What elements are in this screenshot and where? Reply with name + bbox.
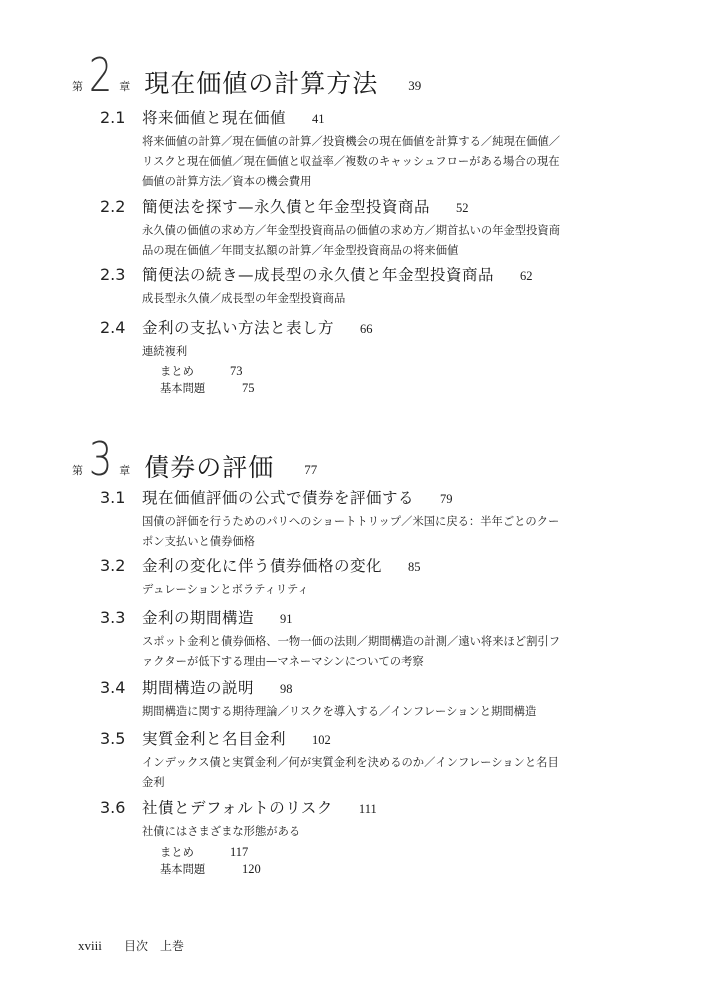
section-topics: 成長型永久債／成長型の年金型投資商品 (142, 289, 562, 309)
section-number: 2.4 (100, 318, 142, 337)
chapter-number: 2 (89, 52, 112, 98)
running-title: 目次 (124, 937, 148, 954)
section-topics: スポット金利と債券価格、一物一価の法則／期間構造の計測／遠い将来ほど割引ファクタ… (142, 632, 562, 672)
summary-label: まとめ (160, 363, 208, 380)
section-3-3: 3.3 金利の期間構造 91 スポット金利と債券価格、一物一価の法則／期間構造の… (100, 606, 570, 672)
section-title: 期間構造の説明 (142, 676, 254, 698)
summary-item: 基本問題 120 (160, 861, 261, 878)
section-page: 102 (312, 733, 331, 748)
summary-page: 117 (230, 844, 248, 861)
section-topics: デュレーションとボラティリティ (142, 580, 562, 600)
chapter-summary: まとめ 73 基本問題 75 (160, 363, 255, 397)
chapter-suffix: 章 (119, 465, 130, 476)
section-page: 91 (280, 612, 293, 627)
chapter-suffix: 章 (119, 81, 130, 92)
chapter-number: 3 (89, 436, 112, 482)
section-number: 3.3 (100, 608, 142, 627)
section-title: 金利の支払い方法と表し方 (142, 316, 334, 338)
chapter-page: 39 (408, 78, 421, 94)
page-footer: xviii 目次 上巻 (78, 937, 184, 954)
chapter-prefix: 第 (72, 465, 83, 476)
section-page: 52 (456, 201, 469, 216)
summary-label: 基本問題 (160, 861, 220, 878)
section-2-3: 2.3 簡便法の続き—成長型の永久債と年金型投資商品 62 成長型永久債／成長型… (100, 263, 570, 309)
section-page: 85 (408, 560, 421, 575)
chapter-summary: まとめ 117 基本問題 120 (160, 844, 261, 878)
section-3-2: 3.2 金利の変化に伴う債券価格の変化 85 デュレーションとボラティリティ (100, 554, 570, 600)
section-3-1: 3.1 現在価値評価の公式で債券を評価する 79 国債の評価を行うためのパリへの… (100, 486, 570, 552)
section-number: 3.6 (100, 798, 142, 817)
chapter-prefix: 第 (72, 81, 83, 92)
section-topics: 期間構造に関する期待理論／リスクを導入する／インフレーションと期間構造 (142, 702, 562, 722)
summary-item: まとめ 73 (160, 363, 255, 380)
section-number: 2.2 (100, 197, 142, 216)
section-3-6: 3.6 社債とデフォルトのリスク 111 社債にはさまざまな形態がある (100, 796, 570, 842)
section-page: 62 (520, 269, 533, 284)
summary-item: まとめ 117 (160, 844, 261, 861)
chapter-title: 現在価値の計算方法 (144, 71, 378, 96)
section-page: 66 (360, 322, 373, 337)
section-page: 98 (280, 682, 293, 697)
section-2-2: 2.2 簡便法を探す—永久債と年金型投資商品 52 永久債の価値の求め方／年金型… (100, 195, 570, 261)
section-topics: 永久債の価値の求め方／年金型投資商品の価値の求め方／期首払いの年金型投資商品の現… (142, 221, 562, 261)
section-topics: 連続複利 (142, 342, 562, 362)
section-2-1: 2.1 将来価値と現在価値 41 将来価値の計算／現在価値の計算／投資機会の現在… (100, 106, 570, 192)
section-title: 金利の期間構造 (142, 606, 254, 628)
section-number: 2.3 (100, 265, 142, 284)
section-topics: インデックス債と実質金利／何が実質金利を決めるのか／インフレーションと名目金利 (142, 753, 562, 793)
summary-label: まとめ (160, 844, 208, 861)
chapter-title: 債券の評価 (144, 455, 274, 480)
summary-item: 基本問題 75 (160, 380, 255, 397)
section-number: 2.1 (100, 108, 142, 127)
section-title: 金利の変化に伴う債券価格の変化 (142, 554, 382, 576)
section-topics: 将来価値の計算／現在価値の計算／投資機会の現在価値を計算する／純現在価値／リスク… (142, 132, 562, 192)
section-3-4: 3.4 期間構造の説明 98 期間構造に関する期待理論／リスクを導入する／インフ… (100, 676, 570, 722)
section-number: 3.5 (100, 729, 142, 748)
section-3-5: 3.5 実質金利と名目金利 102 インデックス債と実質金利／何が実質金利を決め… (100, 727, 570, 793)
section-2-4: 2.4 金利の支払い方法と表し方 66 連続複利 (100, 316, 570, 362)
section-page: 79 (440, 492, 453, 507)
section-page: 41 (312, 112, 325, 127)
section-number: 3.2 (100, 556, 142, 575)
toc-page: 第 2 章 現在価値の計算方法 39 2.1 将来価値と現在価値 41 将来価値… (0, 0, 705, 1000)
section-title: 現在価値評価の公式で債券を評価する (142, 486, 414, 508)
chapter-heading: 第 2 章 現在価値の計算方法 39 (72, 52, 421, 98)
section-page: 111 (359, 802, 377, 817)
section-title: 将来価値と現在価値 (142, 106, 286, 128)
section-title: 実質金利と名目金利 (142, 727, 286, 749)
section-topics: 国債の評価を行うためのパリへのショートトリップ／米国に戻る：半年ごとのクーポン支… (142, 512, 562, 552)
volume-label: 上巻 (160, 937, 184, 954)
section-title: 簡便法の続き—成長型の永久債と年金型投資商品 (142, 263, 494, 285)
summary-page: 73 (230, 363, 243, 380)
summary-page: 75 (242, 380, 255, 397)
summary-label: 基本問題 (160, 380, 220, 397)
page-folio: xviii (78, 938, 124, 954)
chapter-heading: 第 3 章 債券の評価 77 (72, 436, 317, 482)
section-number: 3.4 (100, 678, 142, 697)
section-number: 3.1 (100, 488, 142, 507)
section-title: 簡便法を探す—永久債と年金型投資商品 (142, 195, 430, 217)
section-topics: 社債にはさまざまな形態がある (142, 822, 562, 842)
chapter-page: 77 (304, 462, 317, 478)
summary-page: 120 (242, 861, 261, 878)
section-title: 社債とデフォルトのリスク (142, 796, 333, 818)
